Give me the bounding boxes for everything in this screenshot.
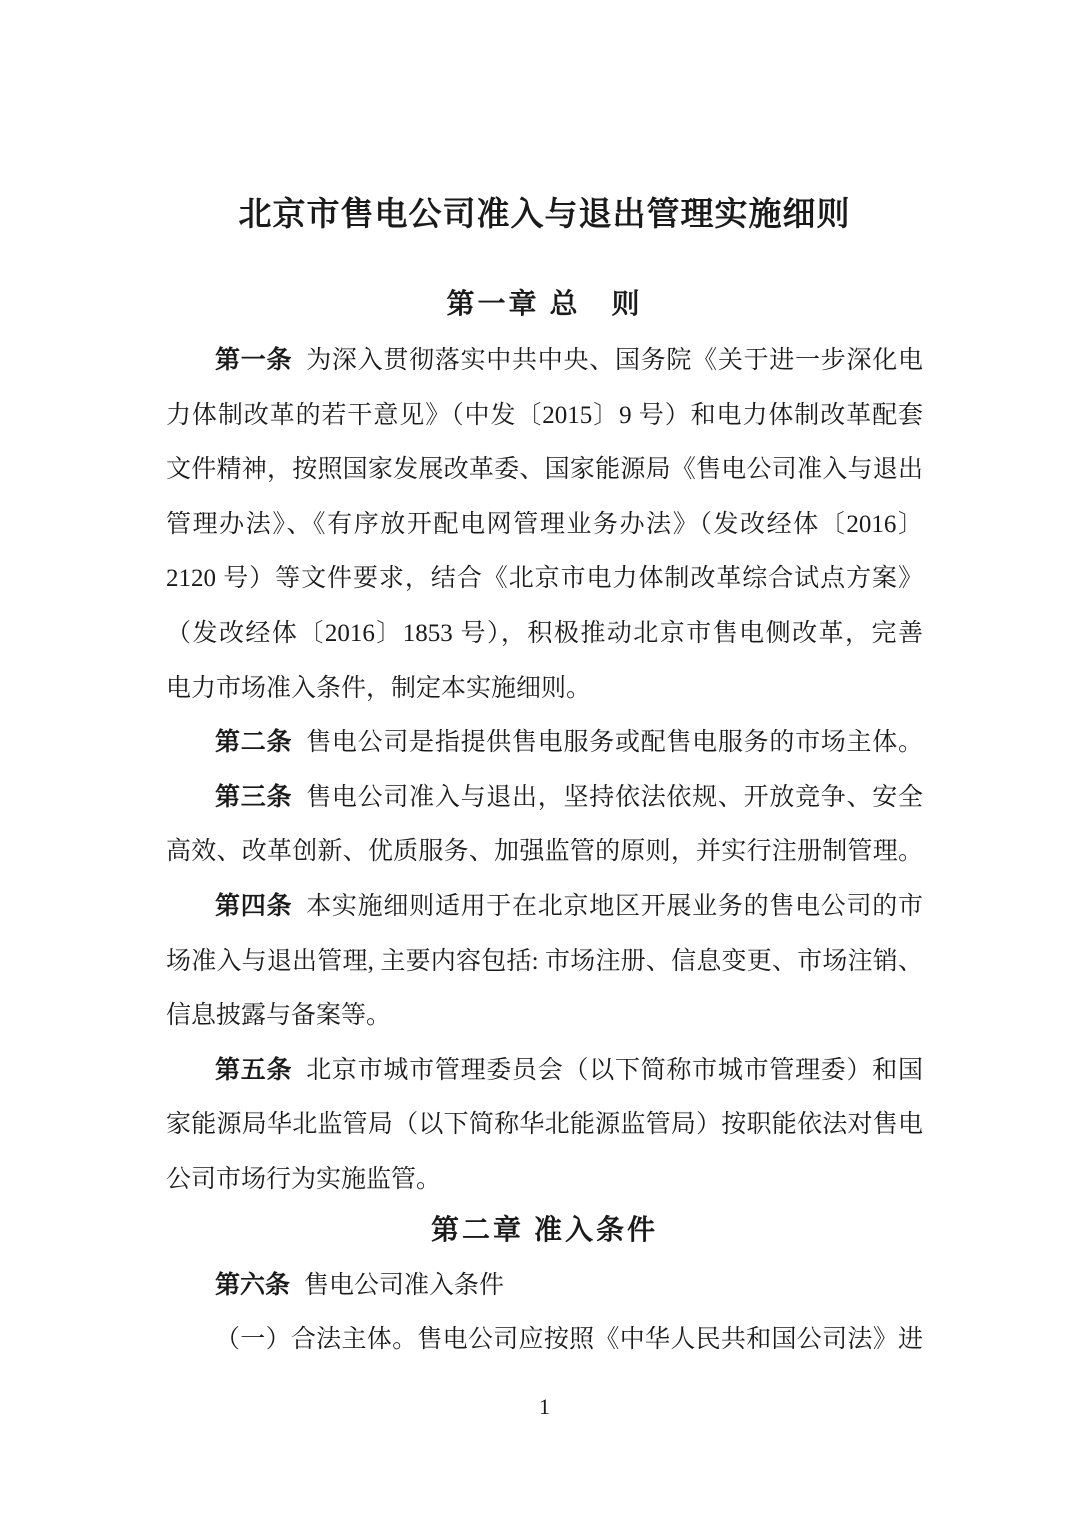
- page-title: 北京市售电公司准入与退出管理实施细则: [166, 192, 923, 238]
- article-line: 家能源局华北监管局（以下简称华北能源监管局）按职能依法对售电: [166, 1098, 923, 1153]
- document-page: 北京市售电公司准入与退出管理实施细则 第一章 总 则 第一条为深入贯彻落实中共中…: [0, 0, 1080, 1526]
- article-number: 第五条: [215, 1057, 292, 1084]
- article-number: 第六条: [215, 1272, 290, 1299]
- article-line: 电力市场准入条件，制定本实施细则。: [166, 662, 923, 717]
- line-text: 电力市场准入条件，制定本实施细则。: [166, 675, 591, 702]
- article-line: 文件精神，按照国家发展改革委、国家能源局《售电公司准入与退出: [166, 443, 923, 498]
- article-line: （发改经体〔2016〕1853 号），积极推动北京市售电侧改革，完善: [166, 607, 923, 662]
- article-line: 第六条售电公司准入条件: [166, 1259, 923, 1314]
- line-text: 公司市场行为实施监管。: [166, 1166, 441, 1193]
- article-line: 第四条本实施细则适用于在北京地区开展业务的售电公司的市: [166, 880, 923, 935]
- line-text: 力体制改革的若干意见》（中发〔2015〕9 号）和电力体制改革配套: [166, 402, 923, 429]
- article-number: 第三条: [215, 784, 292, 811]
- line-text: 售电公司准入条件: [304, 1272, 504, 1299]
- line-text: 北京市城市管理委员会（以下简称市城市管理委）和国: [306, 1057, 923, 1084]
- line-text: 高效、改革创新、优质服务、加强监管的原则，并实行注册制管理。: [166, 838, 923, 865]
- article-line: 第三条售电公司准入与退出，坚持依法依规、开放竞争、安全: [166, 771, 923, 826]
- line-text: 本实施细则适用于在北京地区开展业务的售电公司的市: [306, 893, 923, 920]
- line-text: 为深入贯彻落实中共中央、国务院《关于进一步深化电: [306, 347, 923, 374]
- article-number: 第一条: [215, 347, 292, 374]
- line-text: （发改经体〔2016〕1853 号），积极推动北京市售电侧改革，完善: [166, 620, 923, 647]
- document-body: 北京市售电公司准入与退出管理实施细则 第一章 总 则 第一条为深入贯彻落实中共中…: [166, 0, 923, 1422]
- chapter-2-heading: 第二章 准入条件: [166, 1211, 923, 1251]
- chapter-1-content: 第一条为深入贯彻落实中共中央、国务院《关于进一步深化电 力体制改革的若干意见》（…: [166, 334, 923, 1208]
- article-number: 第四条: [215, 893, 292, 920]
- article-line: 公司市场行为实施监管。: [166, 1153, 923, 1208]
- article-line: 管理办法》、《有序放开配电网管理业务办法》（发改经体〔2016〕: [166, 498, 923, 553]
- line-text: 家能源局华北监管局（以下简称华北能源监管局）按职能依法对售电: [166, 1111, 923, 1138]
- article-line: 信息披露与备案等。: [166, 989, 923, 1044]
- line-text: （一）合法主体。售电公司应按照《中华人民共和国公司法》进: [215, 1326, 923, 1353]
- article-number: 第二条: [215, 729, 292, 756]
- chapter-2-content: 第六条售电公司准入条件 （一）合法主体。售电公司应按照《中华人民共和国公司法》进: [166, 1259, 923, 1368]
- article-line: 力体制改革的若干意见》（中发〔2015〕9 号）和电力体制改革配套: [166, 389, 923, 444]
- article-line: 高效、改革创新、优质服务、加强监管的原则，并实行注册制管理。: [166, 825, 923, 880]
- article-line: 第一条为深入贯彻落实中共中央、国务院《关于进一步深化电: [166, 334, 923, 389]
- chapter-1-heading: 第一章 总 则: [166, 285, 923, 325]
- line-text: 售电公司是指提供售电服务或配售电服务的市场主体。: [306, 729, 923, 756]
- line-text: 文件精神，按照国家发展改革委、国家能源局《售电公司准入与退出: [166, 456, 923, 483]
- article-line: （一）合法主体。售电公司应按照《中华人民共和国公司法》进: [166, 1313, 923, 1368]
- article-line: 第五条北京市城市管理委员会（以下简称市城市管理委）和国: [166, 1044, 923, 1099]
- article-line: 第二条售电公司是指提供售电服务或配售电服务的市场主体。: [166, 716, 923, 771]
- line-text: 信息披露与备案等。: [166, 1002, 391, 1029]
- line-text: 售电公司准入与退出，坚持依法依规、开放竞争、安全: [306, 784, 923, 811]
- page-number: 1: [166, 1392, 923, 1422]
- article-line: 2120 号）等文件要求，结合《北京市电力体制改革综合试点方案》: [166, 552, 923, 607]
- line-text: 管理办法》、《有序放开配电网管理业务办法》（发改经体〔2016〕: [166, 511, 923, 538]
- line-text: 场准入与退出管理, 主要内容包括: 市场注册、信息变更、市场注销、: [166, 948, 923, 975]
- article-line: 场准入与退出管理, 主要内容包括: 市场注册、信息变更、市场注销、: [166, 935, 923, 990]
- line-text: 2120 号）等文件要求，结合《北京市电力体制改革综合试点方案》: [166, 565, 923, 592]
